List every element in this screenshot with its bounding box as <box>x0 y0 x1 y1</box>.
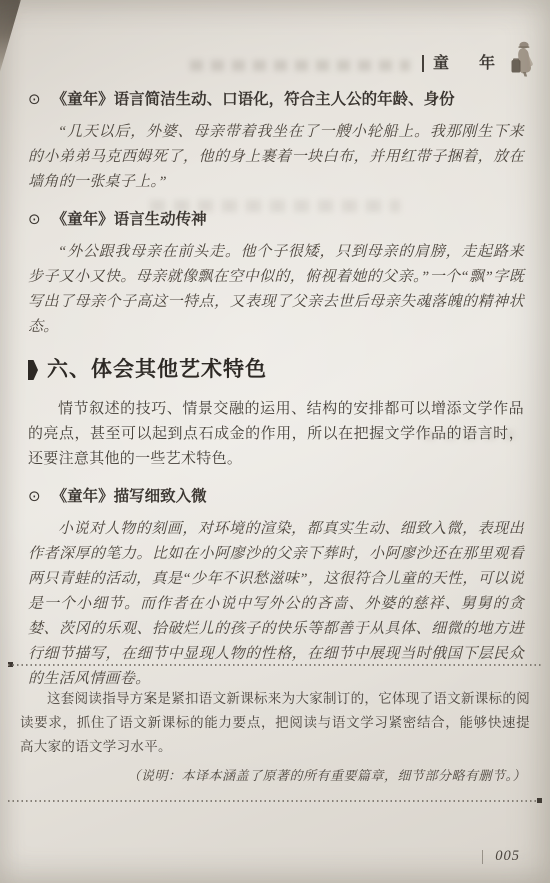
chapter-heading: 六、体会其他艺术特色 <box>28 356 524 384</box>
chapter-heading-text: 六、体会其他艺术特色 <box>47 356 267 384</box>
running-head: 童 年 <box>422 46 536 80</box>
dotted-divider-top <box>8 662 542 667</box>
dotted-divider-bottom <box>8 798 542 803</box>
circled-dot-bullet-icon: ⊙ <box>28 208 41 230</box>
page-corner-shadow <box>0 0 22 82</box>
section-language-vivid: ⊙ 《童年》语言生动传神 “外公跟我母亲在前头走。他个子很矮，只到母亲的肩膀，走… <box>28 208 524 340</box>
section-language-colloquial: ⊙ 《童年》语言简洁生动、口语化，符合主人公的年龄、身份 “几天以后，外婆、母亲… <box>28 88 524 195</box>
circled-dot-bullet-icon: ⊙ <box>28 485 41 507</box>
bullet-heading-text: 《童年》语言生动传神 <box>52 209 207 231</box>
bullet-heading: ⊙ 《童年》语言生动传神 <box>28 208 524 231</box>
book-page: 童 年 ⊙ 《童年》语言简洁生动、口语化，符合主人公的年龄、身份 “几天以后，外… <box>0 0 550 883</box>
running-head-title: 童 年 <box>433 56 502 72</box>
section-six-artistic-features: 六、体会其他艺术特色 情节叙述的技巧、情景交融的运用、结构的安排都可以增添文学作… <box>28 356 524 472</box>
bullet-heading-text: 《童年》语言简洁生动、口语化，符合主人公的年龄、身份 <box>52 89 455 111</box>
flag-marker-icon <box>28 360 38 380</box>
body-paragraph: 情节叙述的技巧、情景交融的运用、结构的安排都可以增添文学作品的亮点，甚至可以起到… <box>28 397 524 472</box>
bullet-heading: ⊙ 《童年》描写细致入微 <box>28 485 524 508</box>
page-number: 005 <box>495 848 520 865</box>
circled-dot-bullet-icon: ⊙ <box>28 88 41 110</box>
bullet-heading-text: 《童年》描写细致入微 <box>52 486 207 508</box>
page-content: ⊙ 《童年》语言简洁生动、口语化，符合主人公的年龄、身份 “几天以后，外婆、母亲… <box>28 88 524 705</box>
square-bullet-icon <box>537 798 542 803</box>
running-head-rule <box>422 55 424 72</box>
translation-remark: （说明：本译本涵盖了原著的所有重要篇章，细节部分略有删节。） <box>8 765 526 784</box>
child-figure-icon <box>504 40 536 83</box>
section-detailed-description: ⊙ 《童年》描写细致入微 小说对人物的刻画，对环境的渲染，都真实生动、细致入微，… <box>28 485 524 692</box>
ink-bleedthrough-smudge <box>190 60 410 71</box>
folio-rule <box>482 850 484 864</box>
dotted-rule <box>8 800 542 802</box>
bullet-heading: ⊙ 《童年》语言简洁生动、口语化，符合主人公的年龄、身份 <box>28 88 524 111</box>
dotted-rule <box>8 664 542 666</box>
note-paragraph: 这套阅读指导方案是紧扣语文新课标来为大家制订的，它体现了语文新课标的阅读要求，抓… <box>20 687 530 759</box>
editorial-note-block: 这套阅读指导方案是紧扣语文新课标来为大家制订的，它体现了语文新课标的阅读要求，抓… <box>8 662 542 803</box>
quote-paragraph: “外公跟我母亲在前头走。他个子很矮，只到母亲的肩膀，走起路来步子又小又快。母亲就… <box>28 240 524 340</box>
quote-paragraph: “几天以后，外婆、母亲带着我坐在了一艘小轮船上。我那刚生下来的小弟弟马克西姆死了… <box>28 120 524 195</box>
page-footer: 005 <box>482 848 520 865</box>
